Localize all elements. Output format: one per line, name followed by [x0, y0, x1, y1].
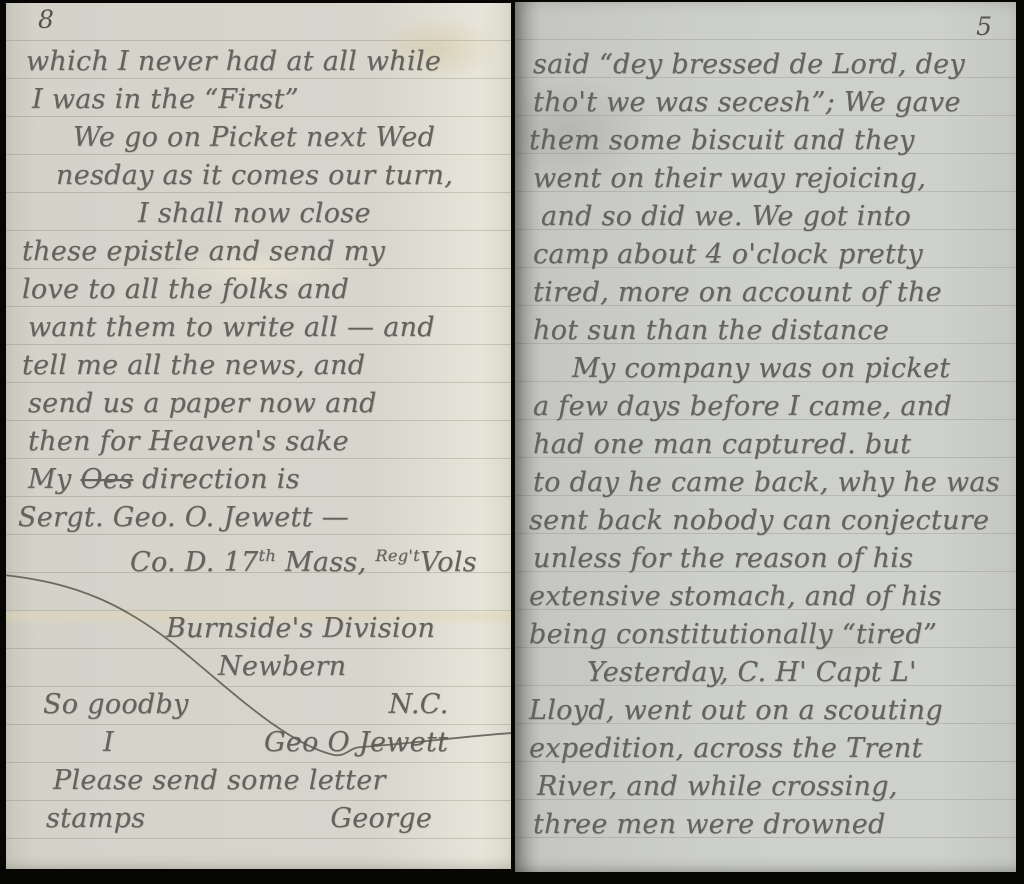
handwriting-line: IGeo O Jewett — [18, 724, 509, 762]
handwriting-segment: My company was on picket — [572, 353, 950, 384]
handwriting-line: Please send some letter — [18, 762, 509, 800]
handwriting-segment: nesday as it comes our turn, — [56, 160, 453, 191]
handwriting-line: then for Heaven's sake — [18, 423, 509, 461]
handwriting-line: Lloyd, went out on a scouting — [527, 692, 1014, 730]
handwriting-segment: Newbern — [218, 651, 346, 682]
handwriting-line: sent back nobody can conjecture — [527, 502, 1014, 540]
handwriting-line: had one man captured. but — [527, 426, 1014, 464]
handwriting-segment: said “dey bressed de Lord, dey — [533, 49, 965, 80]
handwriting-line: them some biscuit and they — [527, 122, 1014, 160]
handwriting-line: want them to write all — and — [18, 309, 509, 347]
handwriting-segment: send us a paper now and — [28, 388, 377, 419]
handwriting-segment: a few days before I came, and — [533, 391, 952, 422]
handwriting-segment: We go on Picket next Wed — [73, 122, 435, 153]
left-page: 8 which I never had at all whileI was in… — [6, 3, 511, 869]
right-page-text: said “dey bressed de Lord, deytho't we w… — [527, 46, 1014, 844]
handwriting-segment: Co. D. 17 — [130, 547, 259, 578]
handwriting-segment: th — [259, 546, 277, 565]
handwriting-segment: want them to write all — and — [28, 312, 435, 343]
handwriting-segment: Geo O Jewett — [264, 727, 448, 758]
handwriting-line: tell me all the news, and — [18, 347, 509, 385]
handwriting-segment: hot sun than the distance — [533, 315, 889, 346]
handwriting-line: Yesterday, C. H' Capt L' — [527, 654, 1014, 692]
handwriting-line: said “dey bressed de Lord, dey — [527, 46, 1014, 84]
page-number-left: 8 — [38, 5, 54, 34]
handwriting-line: love to all the folks and — [18, 271, 509, 309]
handwriting-segment: I shall now close — [138, 198, 371, 229]
handwriting-segment: River, and while crossing, — [537, 771, 898, 802]
handwriting-segment: Burnside's Division — [166, 613, 435, 644]
handwriting-line: Co. D. 17th Mass, Reg'tVols — [18, 537, 509, 575]
handwriting-segment: had one man captured. but — [533, 429, 911, 460]
handwriting-segment: Reg't — [375, 546, 420, 565]
handwriting-line: My company was on picket — [527, 350, 1014, 388]
handwriting-segment: George — [330, 803, 432, 834]
handwriting-segment: Vols — [420, 547, 477, 578]
handwriting-line: Newbern — [18, 648, 509, 686]
page-number-right: 5 — [976, 12, 992, 41]
handwriting-line: and so did we. We got into — [527, 198, 1014, 236]
handwriting-line: My Oes direction is — [18, 461, 509, 499]
handwriting-segment: tho't we was secesh”; We gave — [533, 87, 961, 118]
right-page: 5 said “dey bressed de Lord, deytho't we… — [515, 2, 1016, 872]
handwriting-line: went on their way rejoicing, — [527, 160, 1014, 198]
handwriting-segment: three men were drowned — [533, 809, 886, 840]
handwriting-line: send us a paper now and — [18, 385, 509, 423]
handwriting-line: River, and while crossing, — [527, 768, 1014, 806]
handwriting-line: hot sun than the distance — [527, 312, 1014, 350]
handwriting-segment: So goodby — [43, 689, 189, 720]
handwriting-line: I shall now close — [18, 195, 509, 233]
handwriting-segment: to day he came back, why he was — [533, 467, 1000, 498]
handwriting-segment: camp about 4 o'clock pretty — [533, 239, 923, 270]
handwriting-line: I was in the “First” — [18, 81, 509, 119]
handwriting-segment: Mass, — [276, 547, 375, 578]
handwriting-line: stampsGeorge — [18, 800, 509, 838]
handwriting-segment: stamps — [46, 803, 145, 834]
handwriting-segment: went on their way rejoicing, — [533, 163, 926, 194]
handwriting-line: a few days before I came, and — [527, 388, 1014, 426]
handwriting-line: unless for the reason of his — [527, 540, 1014, 578]
handwriting-line: to day he came back, why he was — [527, 464, 1014, 502]
handwriting-segment: N.C. — [389, 689, 449, 720]
handwriting-line: being constitutionally “tired” — [527, 616, 1014, 654]
handwriting-segment: these epistle and send my — [22, 236, 385, 267]
handwriting-segment: then for Heaven's sake — [28, 426, 349, 457]
handwriting-line: which I never had at all while — [18, 43, 509, 81]
handwriting-segment: which I never had at all while — [26, 46, 441, 77]
handwriting-line: three men were drowned — [527, 806, 1014, 844]
handwriting-segment: tired, more on account of the — [533, 277, 942, 308]
handwriting-segment: Oes — [80, 464, 133, 495]
handwriting-line: tho't we was secesh”; We gave — [527, 84, 1014, 122]
handwriting-segment: Yesterday, C. H' Capt L' — [587, 657, 917, 688]
handwriting-line: Burnside's Division — [18, 610, 509, 648]
handwriting-segment: direction is — [133, 464, 300, 495]
handwriting-line: nesday as it comes our turn, — [18, 157, 509, 195]
handwriting-segment: My — [28, 464, 80, 495]
handwriting-line: We go on Picket next Wed — [18, 119, 509, 157]
handwriting-line: these epistle and send my — [18, 233, 509, 271]
handwriting-line: Sergt. Geo. O. Jewett — — [18, 499, 509, 537]
handwriting-segment: and so did we. We got into — [541, 201, 911, 232]
handwriting-segment: Please send some letter — [53, 765, 386, 796]
handwriting-segment: Lloyd, went out on a scouting — [529, 695, 943, 726]
handwriting-segment: Sergt. Geo. O. Jewett — — [18, 502, 349, 533]
handwriting-segment: love to all the folks and — [22, 274, 349, 305]
handwriting-segment: extensive stomach, and of his — [529, 581, 942, 612]
handwriting-segment: unless for the reason of his — [533, 543, 913, 574]
handwriting-segment: I was in the “First” — [32, 84, 299, 115]
handwriting-line: extensive stomach, and of his — [527, 578, 1014, 616]
handwriting-segment: them some biscuit and they — [529, 125, 915, 156]
handwriting-line: tired, more on account of the — [527, 274, 1014, 312]
handwriting-segment: tell me all the news, and — [22, 350, 365, 381]
handwriting-line: So goodbyN.C. — [18, 686, 509, 724]
handwriting-line: camp about 4 o'clock pretty — [527, 236, 1014, 274]
handwriting-segment: being constitutionally “tired” — [529, 619, 937, 650]
handwriting-segment: I — [103, 727, 114, 758]
handwriting-line: expedition, across the Trent — [527, 730, 1014, 768]
handwriting-segment: expedition, across the Trent — [529, 733, 923, 764]
left-page-text: which I never had at all whileI was in t… — [18, 43, 509, 838]
letter-scan: 8 which I never had at all whileI was in… — [0, 0, 1024, 884]
handwriting-segment: sent back nobody can conjecture — [529, 505, 989, 536]
